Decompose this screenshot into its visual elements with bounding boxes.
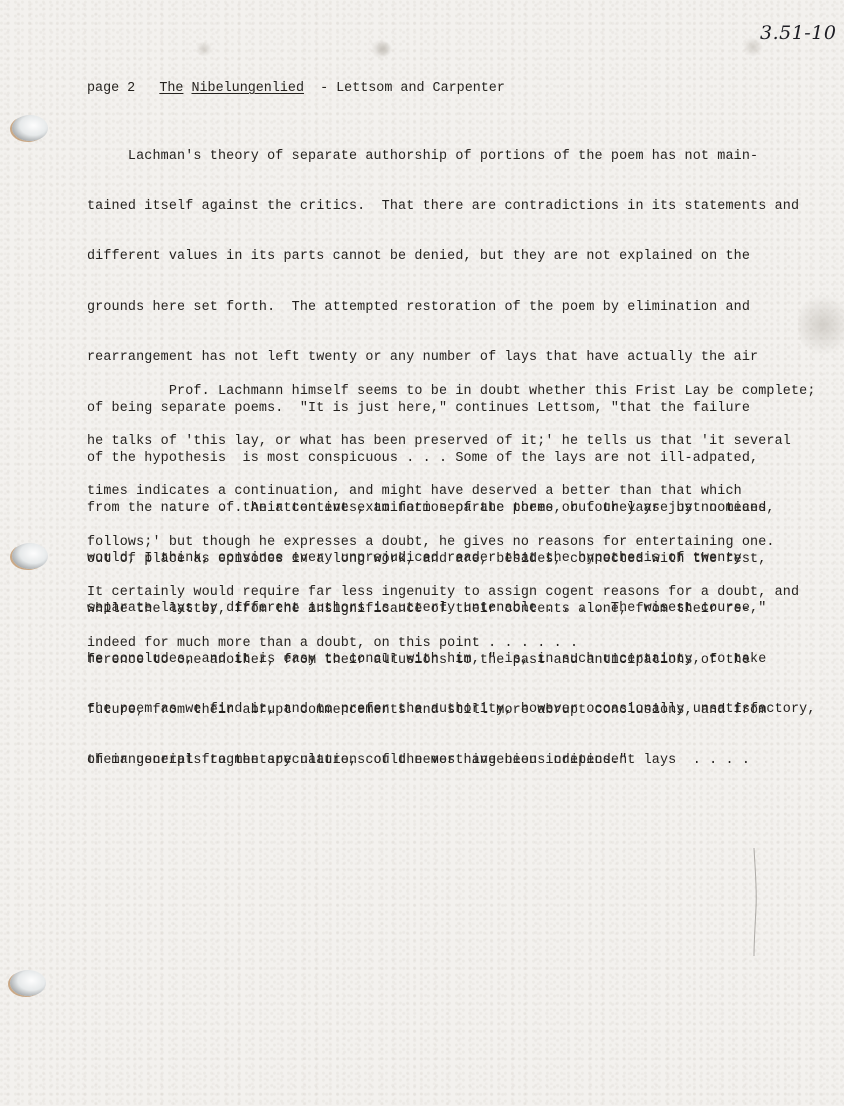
text-line: grounds here set forth. The attempted re… bbox=[87, 300, 799, 317]
title-the: The bbox=[159, 81, 183, 96]
paragraph-3: . . . . . An attentive examination of th… bbox=[87, 467, 816, 803]
text-line: Prof. Lachmann himself seems to be in do… bbox=[87, 384, 816, 401]
paper-stain bbox=[375, 42, 393, 56]
punch-hole-bottom bbox=[10, 970, 46, 996]
scanned-document-page: 3.51-10 page 2 The Nibelungenlied - Lett… bbox=[0, 0, 844, 1106]
punch-hole-middle bbox=[12, 543, 48, 569]
text-line: separate lays by different authors is ut… bbox=[87, 601, 816, 618]
text-line: he concludes, and it is easy to concur w… bbox=[87, 652, 816, 669]
pencil-stray-mark bbox=[752, 848, 758, 956]
text-line: Lachman's theory of separate authorship … bbox=[87, 149, 799, 166]
title-nibelungenlied: Nibelungenlied bbox=[191, 81, 304, 96]
text-line: he talks of 'this lay, or what has been … bbox=[87, 434, 816, 451]
handwritten-file-reference: 3.51-10 bbox=[760, 22, 836, 44]
punch-hole-top bbox=[12, 115, 48, 141]
text-line: of manuscripts to the speculations of th… bbox=[87, 753, 816, 770]
text-line: . . . . . An attentive examination of th… bbox=[87, 501, 816, 518]
page-label: page 2 bbox=[87, 81, 135, 96]
page-subtitle: - Lettsom and Carpenter bbox=[320, 81, 505, 96]
text-line: different values in its parts cannot be … bbox=[87, 249, 799, 266]
text-line: would, I think, convince every unprejudi… bbox=[87, 551, 816, 568]
text-line: the poem as we find it, and to prefer th… bbox=[87, 702, 816, 719]
paper-stain bbox=[195, 42, 213, 56]
text-line: tained itself against the critics. That … bbox=[87, 199, 799, 216]
page-header: page 2 The Nibelungenlied - Lettsom and … bbox=[87, 81, 505, 96]
